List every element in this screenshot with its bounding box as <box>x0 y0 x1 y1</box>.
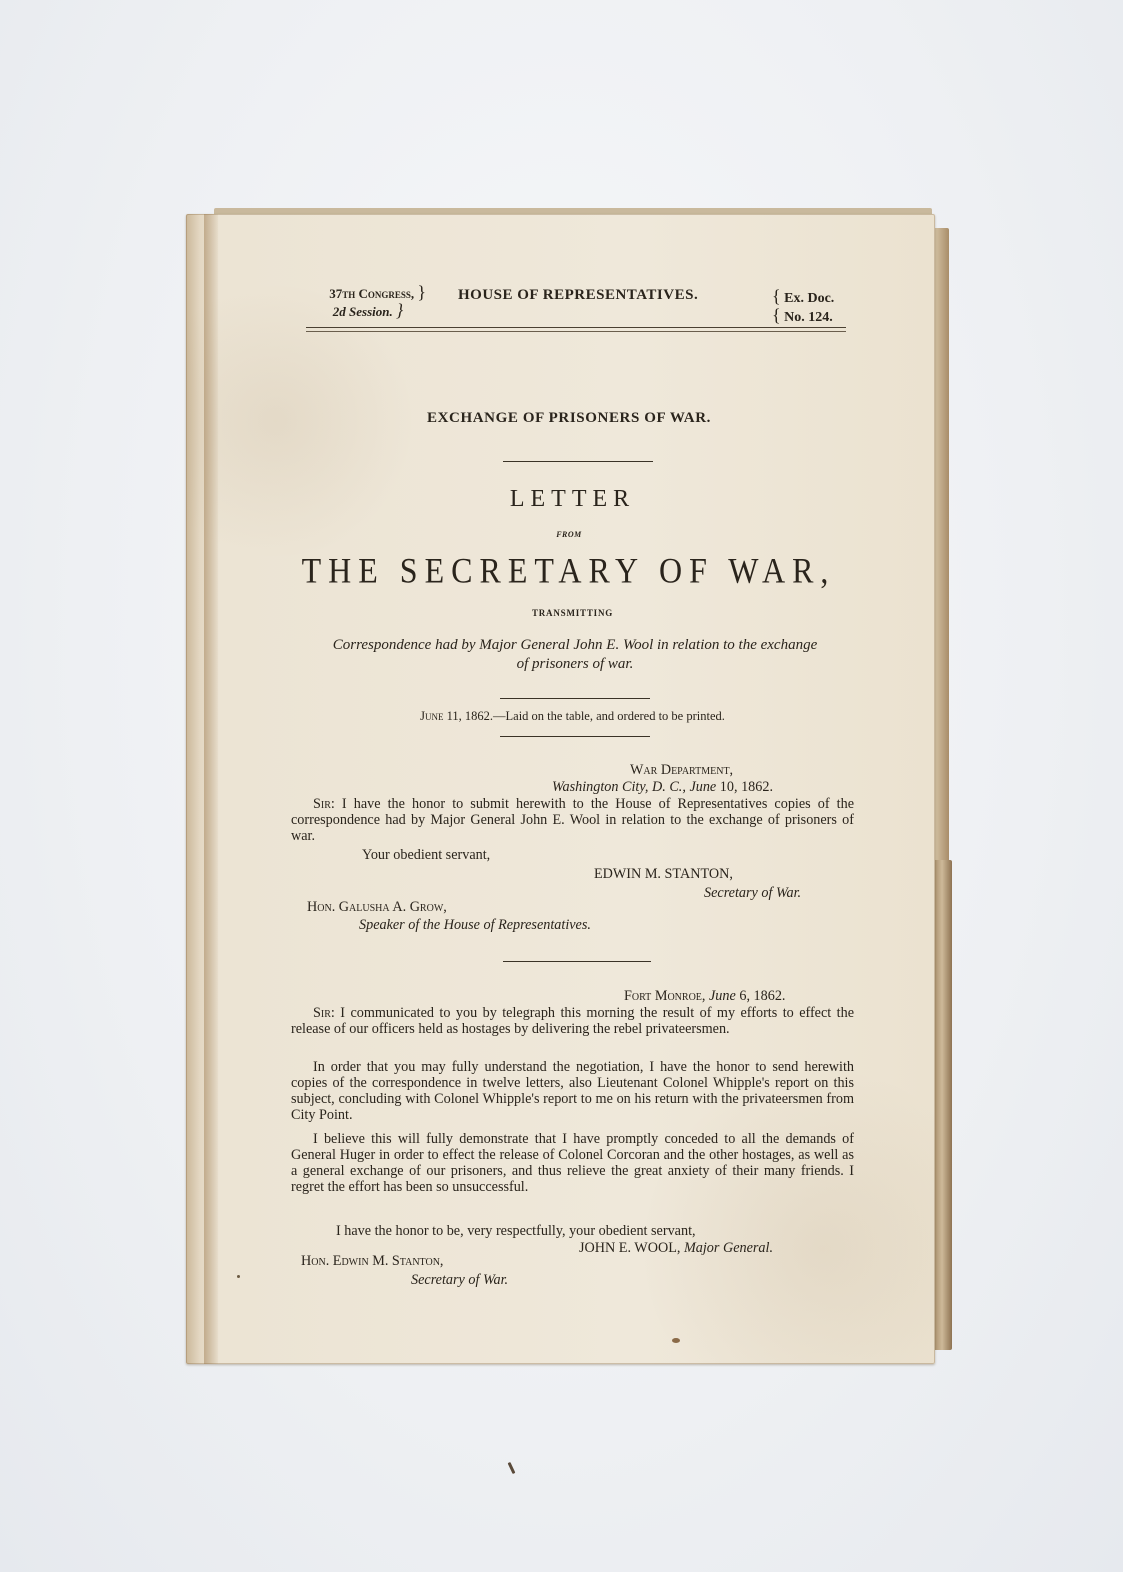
letter2-addressee: Hon. Edwin M. Stanton, <box>301 1253 443 1269</box>
letter2-dateline: Fort Monroe, June 6, 1862. <box>624 988 785 1004</box>
letter2-signature: JOHN E. WOOL, Major General. <box>579 1240 773 1256</box>
letter2-paragraph-1: Sir: I communicated to you by telegraph … <box>291 1005 854 1037</box>
back-sheets-lower-edge <box>932 860 952 1350</box>
chamber-heading: HOUSE OF REPRESENTATIVES. <box>458 287 698 304</box>
letter1-body: Sir: I have the honor to submit herewith… <box>291 796 854 844</box>
congress-session: 37th Congress, } 2d Session. } <box>296 284 426 320</box>
divider <box>503 461 653 462</box>
letter1-dateline: Washington City, D. C., June 10, 1862. <box>552 779 773 795</box>
letter1-signature-title: Secretary of War. <box>704 885 801 901</box>
letter2-paragraph-2: In order that you may fully understand t… <box>291 1059 854 1123</box>
sender-title: THE SECRETARY OF WAR, <box>0 550 1123 591</box>
doc-number: No. 124. <box>784 310 833 325</box>
letter1-closing: Your obedient servant, <box>362 847 490 863</box>
page-spine-stain <box>204 214 218 1364</box>
brace-left: } <box>417 282 426 302</box>
letter2-addressee-title: Secretary of War. <box>411 1272 508 1288</box>
letter1-addressee-title: Speaker of the House of Representatives. <box>359 917 591 933</box>
letter1-addressee: Hon. Galusha A. Grow, <box>307 899 447 915</box>
congress-label: 37th Congress, <box>329 286 414 301</box>
from-label: FROM <box>0 530 1123 539</box>
divider <box>500 698 650 699</box>
doc-type: Ex. Doc. <box>784 291 834 306</box>
letter2-closing: I have the honor to be, very respectfull… <box>336 1223 696 1239</box>
ink-speck <box>237 1275 240 1278</box>
debris-mark <box>508 1462 516 1474</box>
transmitting-label: TRANSMITTING <box>0 608 1123 618</box>
document-title: EXCHANGE OF PRISONERS OF WAR. <box>0 410 1123 427</box>
letter1-place: War Department, <box>630 762 733 778</box>
header-double-rule <box>306 327 846 332</box>
divider <box>500 736 650 737</box>
document-number: { Ex. Doc. { No. 124. <box>772 288 834 326</box>
ordered-to-print-line: June 11, 1862.—Laid on the table, and or… <box>0 709 1123 724</box>
letter2-paragraph-3: I believe this will fully demonstrate th… <box>291 1131 854 1195</box>
foxing-stain <box>672 1338 680 1343</box>
document-subtitle: Correspondence had by Major General John… <box>295 636 855 674</box>
letter1-signature: EDWIN M. STANTON, <box>594 866 733 882</box>
letter-heading: LETTER <box>0 486 1123 513</box>
divider <box>503 961 651 962</box>
session-label: 2d Session. } <box>310 302 426 320</box>
